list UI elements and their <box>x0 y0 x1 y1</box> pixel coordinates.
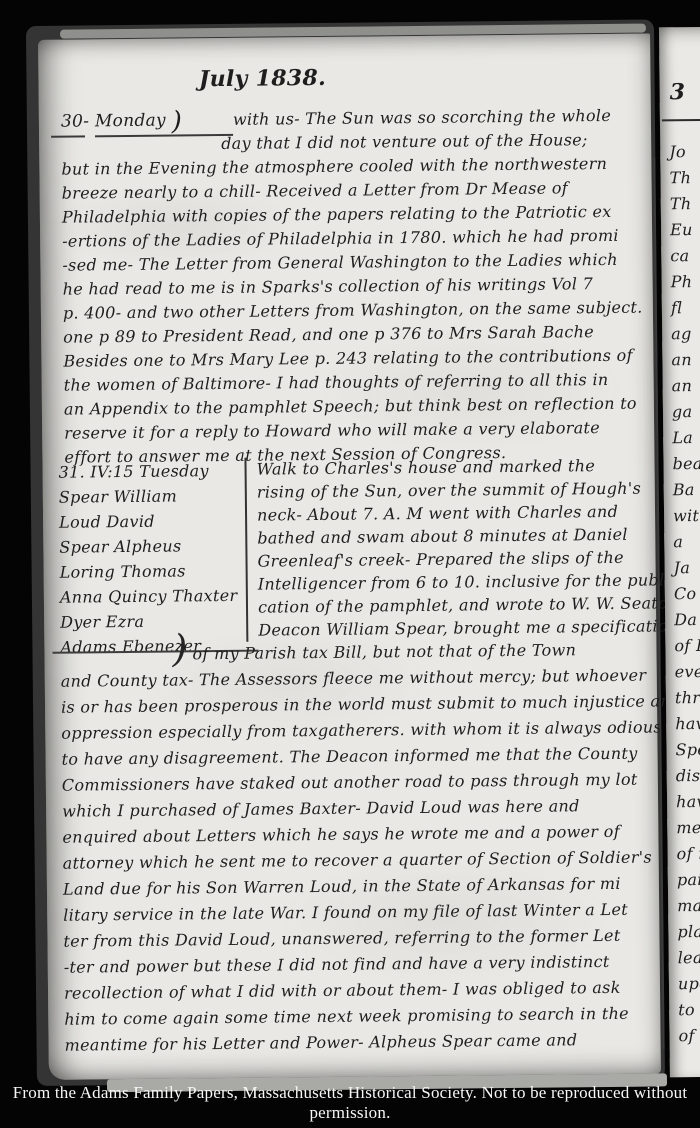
archive-caption: From the Adams Family Papers, Massachuse… <box>0 1083 700 1123</box>
tuesday-margin-column: 31. IV:15 Tuesday Spear WilliamLoud Davi… <box>58 458 246 660</box>
text-fragment: Ph <box>670 269 700 295</box>
text-fragment: La <box>672 425 700 451</box>
text-fragment: ca <box>670 243 700 269</box>
text-fragment: pair <box>677 867 700 893</box>
text-fragment: an <box>671 347 700 373</box>
text-fragment: Th <box>670 191 700 217</box>
monday-date-text: 30- Monday <box>61 111 166 132</box>
tuesday-two-column: 31. IV:15 Tuesday Spear WilliamLoud Davi… <box>58 454 648 660</box>
monday-lines: but in the Evening the atmosphere cooled… <box>61 152 644 470</box>
tuesday-date-label: 31. IV:15 Tuesday <box>58 458 244 485</box>
text-fragment: ag <box>671 321 700 347</box>
photostat-scan: July 1838. 30- Monday ) with us- The Sun… <box>0 0 700 1128</box>
manuscript-line: meantime for his Letter and Power- Alphe… <box>64 1027 652 1059</box>
margin-name: Loud David <box>59 508 245 535</box>
text-fragment: Da <box>674 607 700 633</box>
diary-left-page: July 1838. 30- Monday ) with us- The Sun… <box>38 34 661 1080</box>
text-fragment: fl <box>671 295 700 321</box>
text-fragment: Jo <box>669 139 700 165</box>
facing-page-number: 3 <box>670 79 686 105</box>
text-fragment: ga <box>672 399 700 425</box>
text-fragment: Eu <box>670 217 700 243</box>
text-fragment: Co <box>674 581 700 607</box>
facing-page-number-rule <box>662 119 700 122</box>
text-fragment: upo <box>678 971 700 997</box>
text-fragment: ever <box>675 659 700 685</box>
brace-glyph: ) <box>171 106 182 136</box>
text-fragment: plan <box>677 919 700 945</box>
entry-tuesday: 31. IV:15 Tuesday Spear WilliamLoud Davi… <box>58 454 652 1059</box>
tuesday-column-lines: Walk to Charles's house and marked theri… <box>256 453 679 641</box>
diary-book-spread: July 1838. 30- Monday ) with us- The Sun… <box>30 27 700 1096</box>
text-fragment: wit <box>673 503 700 529</box>
tuesday-continuation: of my Parish tax Bill, but not that of t… <box>60 637 652 1059</box>
text-fragment: Th <box>669 165 700 191</box>
text-fragment: of m <box>676 841 700 867</box>
text-fragment: to a <box>678 997 700 1023</box>
facing-page-text-fragments: JoThThEucaPhflaganangaLabeaBawitaJaCoDao… <box>669 139 700 1049</box>
margin-name: Spear William <box>59 483 245 510</box>
tuesday-text-column: Walk to Charles's house and marked theri… <box>244 453 679 642</box>
text-fragment: Ba <box>673 477 700 503</box>
text-fragment: thro <box>675 685 700 711</box>
margin-name: Spear Alpheus <box>59 533 245 560</box>
text-fragment: a <box>673 529 700 555</box>
text-fragment: of I <box>674 633 700 659</box>
text-fragment: me <box>676 815 700 841</box>
text-fragment: an <box>672 373 700 399</box>
tuesday-continuation-lines: and County tax- The Assessors fleece me … <box>61 663 653 1059</box>
text-fragment: man <box>677 893 700 919</box>
text-fragment: Spe <box>675 737 700 763</box>
text-fragment: hav <box>675 711 700 737</box>
page-title: July 1838. <box>102 64 422 93</box>
margin-name: Loring Thomas <box>60 558 246 585</box>
text-fragment: hav <box>676 789 700 815</box>
margin-name: Anna Quincy Thaxter <box>60 583 246 610</box>
margin-names: Spear WilliamLoud DavidSpear AlpheusLori… <box>59 483 247 660</box>
text-fragment: lea <box>678 945 700 971</box>
text-fragment: dism <box>676 763 700 789</box>
text-fragment: bea <box>672 451 700 477</box>
text-fragment: of th <box>678 1023 700 1049</box>
monday-date-label: 30- Monday ) <box>61 108 233 134</box>
entry-monday: 30- Monday ) with us- The Sun was so sco… <box>61 104 645 470</box>
margin-name: Dyer Ezra <box>60 608 246 635</box>
text-fragment: Ja <box>673 555 700 581</box>
